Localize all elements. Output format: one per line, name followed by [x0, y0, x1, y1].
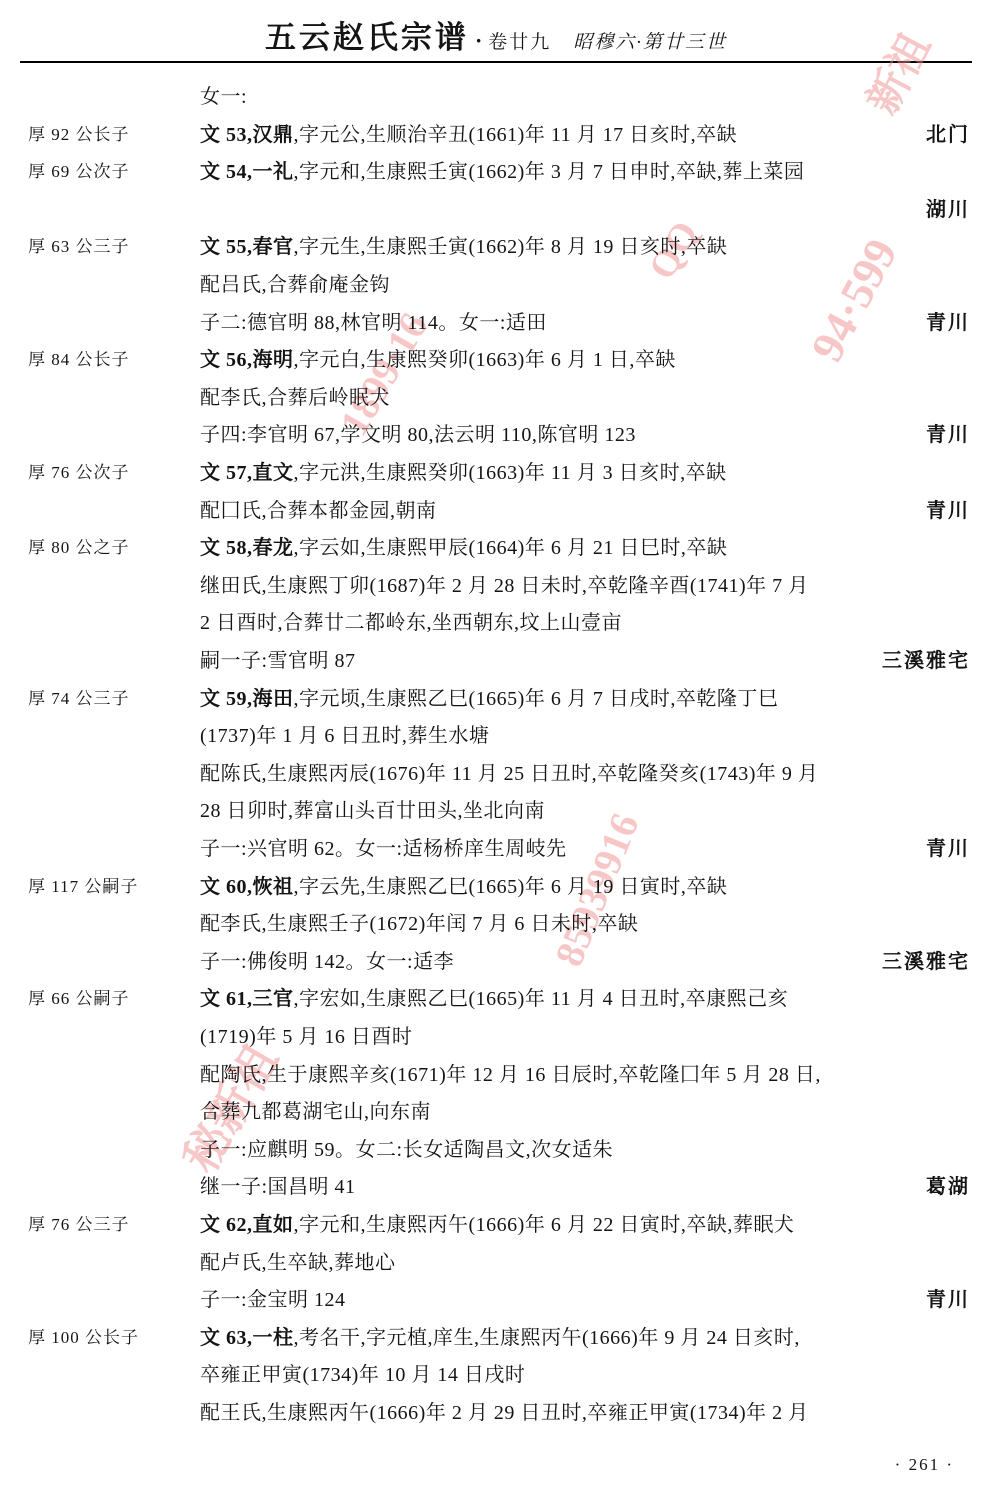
- entry-text: 文 58,春龙,字云如,生康熙甲辰(1664)年 6 月 21 日巳时,卒缺: [200, 529, 727, 567]
- entry-line: 配李氏,合葬后岭眠犬: [0, 379, 992, 417]
- generation-label: 厚 92 公长子: [28, 116, 130, 154]
- page-number: · 261 ·: [895, 1455, 954, 1475]
- entry-rest: 28 日卯时,葬富山头百廿田头,坐北向南: [200, 800, 545, 822]
- entry-line: 厚 69 公次子 文 54,一礼,字元和,生康熙壬寅(1662)年 3 月 7 …: [0, 153, 992, 191]
- entry-line: 厚 76 公次子 文 57,直文,字元洪,生康熙癸卯(1663)年 11 月 3…: [0, 454, 992, 492]
- genealogy-page: 五云赵氏宗谱·卷廿九昭穆六·第廿三世 新祖94·599QQ85939916秘新祖…: [0, 0, 992, 1512]
- entry-rest: (1719)年 5 月 16 日酉时: [200, 1026, 412, 1048]
- entry-line: (1737)年 1 月 6 日丑时,葬生水塘: [0, 717, 992, 755]
- generation-label: 厚 74 公三子: [28, 680, 130, 718]
- entry-line: 湖川: [0, 191, 992, 229]
- entry-rest: 配卢氏,生卒缺,葬地心: [200, 1252, 396, 1274]
- header-divider: [20, 61, 972, 63]
- entry-name-bold: 文 61,三官: [200, 988, 294, 1010]
- entry-rest: 子一:佛俊明 142。女一:适李: [200, 951, 454, 973]
- entry-name-bold: 文 56,海明: [200, 349, 294, 371]
- entry-text: 女一:: [200, 78, 247, 116]
- entry-text: 文 53,汉鼎,字元公,生顺治辛丑(1661)年 11 月 17 日亥时,卒缺: [200, 116, 737, 154]
- entry-line: 2 日酉时,合葬廿二都岭东,坐西朝东,坟上山壹亩: [0, 604, 992, 642]
- entry-rest: 配陶氏,生于康熙辛亥(1671)年 12 月 16 日辰时,卒乾隆囗年 5 月 …: [200, 1064, 821, 1086]
- entry-text: 子二:德官明 88,林官明 114。女一:适田: [200, 304, 547, 342]
- entry-line: 配吕氏,合葬俞庵金钩: [0, 266, 992, 304]
- entry-rest: 配李氏,生康熙壬子(1672)年闰 7 月 6 日未时,卒缺: [200, 913, 638, 935]
- entry-text: 配陶氏,生于康熙辛亥(1671)年 12 月 16 日辰时,卒乾隆囗年 5 月 …: [200, 1056, 821, 1094]
- entry-line: 合葬九都葛湖宅山,向东南: [0, 1093, 992, 1131]
- entry-text: 文 55,春官,字元生,生康熙壬寅(1662)年 8 月 19 日亥时,卒缺: [200, 228, 727, 266]
- entry-text: 配囗氏,合葬本都金园,朝南: [200, 492, 437, 530]
- generation-label: 厚 76 公次子: [28, 454, 130, 492]
- location-label: 青川: [926, 416, 970, 454]
- location-label: 三溪雅宅: [882, 642, 970, 680]
- generation-label: 厚 66 公嗣子: [28, 980, 130, 1018]
- entry-line: 厚 63 公三子 文 55,春官,字元生,生康熙壬寅(1662)年 8 月 19…: [0, 228, 992, 266]
- page-title: 五云赵氏宗谱: [265, 20, 469, 55]
- entry-text: (1737)年 1 月 6 日丑时,葬生水塘: [200, 717, 489, 755]
- entry-text: 嗣一子:雪官明 87: [200, 642, 356, 680]
- entry-rest: ,字元白,生康熙癸卯(1663)年 6 月 1 日,卒缺: [294, 349, 676, 371]
- entry-line: 厚 80 公之子 文 58,春龙,字云如,生康熙甲辰(1664)年 6 月 21…: [0, 529, 992, 567]
- entry-line: (1719)年 5 月 16 日酉时: [0, 1018, 992, 1056]
- entry-rest: ,字元公,生顺治辛丑(1661)年 11 月 17 日亥时,卒缺: [294, 124, 738, 146]
- entry-name-bold: 文 58,春龙: [200, 537, 294, 559]
- entry-text: 文 57,直文,字元洪,生康熙癸卯(1663)年 11 月 3 日亥时,卒缺: [200, 454, 727, 492]
- entry-text: 子一:兴官明 62。女一:适杨桥庠生周岐先: [200, 830, 567, 868]
- entry-line: 厚 117 公嗣子 文 60,恢祖,字云先,生康熙乙巳(1665)年 6 月 1…: [0, 868, 992, 906]
- entry-name-bold: 文 62,直如: [200, 1214, 294, 1236]
- entry-rest: 卒雍正甲寅(1734)年 10 月 14 日戌时: [200, 1364, 525, 1386]
- entry-line: 子一:金宝明 124 青川: [0, 1281, 992, 1319]
- entry-text: 文 61,三官,字宏如,生康熙乙巳(1665)年 11 月 4 日丑时,卒康熙己…: [200, 980, 788, 1018]
- entry-text: 文 56,海明,字元白,生康熙癸卯(1663)年 6 月 1 日,卒缺: [200, 341, 676, 379]
- location-label: 青川: [926, 492, 970, 530]
- entry-rest: ,字元和,生康熙壬寅(1662)年 3 月 7 日申时,卒缺,葬上菜园: [294, 161, 805, 183]
- entry-rest: 继田氏,生康熙丁卯(1687)年 2 月 28 日未时,卒乾隆辛酉(1741)年…: [200, 575, 809, 597]
- entry-text: 子一:佛俊明 142。女一:适李: [200, 943, 454, 981]
- entry-name-bold: 文 63,一柱: [200, 1327, 294, 1349]
- entry-line: 厚 100 公长子 文 63,一柱,考名干,字元植,庠生,生康熙丙午(1666)…: [0, 1319, 992, 1357]
- entry-text: 配陈氏,生康熙丙辰(1676)年 11 月 25 日丑时,卒乾隆癸亥(1743)…: [200, 755, 818, 793]
- entry-line: 配王氏,生康熙丙午(1666)年 2 月 29 日丑时,卒雍正甲寅(1734)年…: [0, 1394, 992, 1432]
- entry-text: 文 62,直如,字元和,生康熙丙午(1666)年 6 月 22 日寅时,卒缺,葬…: [200, 1206, 794, 1244]
- entry-line: 配卢氏,生卒缺,葬地心: [0, 1244, 992, 1282]
- entry-text: 文 54,一礼,字元和,生康熙壬寅(1662)年 3 月 7 日申时,卒缺,葬上…: [200, 153, 804, 191]
- entry-text: 2 日酉时,合葬廿二都岭东,坐西朝东,坟上山壹亩: [200, 604, 622, 642]
- generation-label: 厚 63 公三子: [28, 228, 130, 266]
- location-label: 三溪雅宅: [882, 943, 970, 981]
- location-label: 青川: [926, 830, 970, 868]
- entry-text: 配李氏,合葬后岭眠犬: [200, 379, 390, 417]
- entry-line: 子一:兴官明 62。女一:适杨桥庠生周岐先 青川: [0, 830, 992, 868]
- generation-label: 厚 100 公长子: [28, 1319, 139, 1357]
- page-header: 五云赵氏宗谱·卷廿九昭穆六·第廿三世: [0, 12, 992, 57]
- entry-rest: 2 日酉时,合葬廿二都岭东,坐西朝东,坟上山壹亩: [200, 612, 622, 634]
- location-label: 青川: [926, 1281, 970, 1319]
- entry-text: 配吕氏,合葬俞庵金钩: [200, 266, 390, 304]
- entry-rest: (1737)年 1 月 6 日丑时,葬生水塘: [200, 725, 489, 747]
- entry-line: 配囗氏,合葬本都金园,朝南 青川: [0, 492, 992, 530]
- entry-rest: 女一:: [200, 86, 247, 108]
- entry-rest: 子一:应麒明 59。女二:长女适陶昌文,次女适朱: [200, 1139, 613, 1161]
- entry-text: 继田氏,生康熙丁卯(1687)年 2 月 28 日未时,卒乾隆辛酉(1741)年…: [200, 567, 809, 605]
- entry-name-bold: 文 57,直文: [200, 462, 294, 484]
- entry-rest: 子一:金宝明 124: [200, 1289, 346, 1311]
- entry-line: 女一:: [0, 78, 992, 116]
- entry-text: 子四:李官明 67,学文明 80,法云明 110,陈官明 123: [200, 416, 636, 454]
- entry-line: 28 日卯时,葬富山头百廿田头,坐北向南: [0, 792, 992, 830]
- entry-rest: ,考名干,字元植,庠生,生康熙丙午(1666)年 9 月 24 日亥时,: [294, 1327, 800, 1349]
- entry-rest: 合葬九都葛湖宅山,向东南: [200, 1101, 431, 1123]
- entry-rest: 配陈氏,生康熙丙辰(1676)年 11 月 25 日丑时,卒乾隆癸亥(1743)…: [200, 763, 818, 785]
- entry-rest: 配囗氏,合葬本都金园,朝南: [200, 500, 437, 522]
- entry-rest: 子二:德官明 88,林官明 114。女一:适田: [200, 312, 547, 334]
- generation-label: 厚 117 公嗣子: [28, 868, 138, 906]
- entry-line: 厚 84 公长子 文 56,海明,字元白,生康熙癸卯(1663)年 6 月 1 …: [0, 341, 992, 379]
- entry-rest: ,字云如,生康熙甲辰(1664)年 6 月 21 日巳时,卒缺: [294, 537, 728, 559]
- section-label: 昭穆六·第廿三世: [573, 32, 727, 53]
- entry-rest: ,字元顷,生康熙乙巳(1665)年 6 月 7 日戌时,卒乾隆丁巳: [294, 688, 779, 710]
- entry-text: (1719)年 5 月 16 日酉时: [200, 1018, 412, 1056]
- entry-rest: 配李氏,合葬后岭眠犬: [200, 387, 390, 409]
- entry-text: 继一子:国昌明 41: [200, 1168, 356, 1206]
- entry-text: 合葬九都葛湖宅山,向东南: [200, 1093, 431, 1131]
- location-label: 青川: [926, 304, 970, 342]
- volume-label: 卷廿九: [488, 32, 551, 53]
- location-label: 湖川: [926, 191, 970, 229]
- entry-rest: ,字元生,生康熙壬寅(1662)年 8 月 19 日亥时,卒缺: [294, 236, 728, 258]
- title-separator-dot: ·: [475, 28, 482, 53]
- entry-line: 配李氏,生康熙壬子(1672)年闰 7 月 6 日未时,卒缺: [0, 905, 992, 943]
- entry-line: 子一:应麒明 59。女二:长女适陶昌文,次女适朱: [0, 1131, 992, 1169]
- entry-line: 继田氏,生康熙丁卯(1687)年 2 月 28 日未时,卒乾隆辛酉(1741)年…: [0, 567, 992, 605]
- entry-text: 配李氏,生康熙壬子(1672)年闰 7 月 6 日未时,卒缺: [200, 905, 638, 943]
- entry-text: 配王氏,生康熙丙午(1666)年 2 月 29 日丑时,卒雍正甲寅(1734)年…: [200, 1394, 809, 1432]
- entry-rest: ,字宏如,生康熙乙巳(1665)年 11 月 4 日丑时,卒康熙己亥: [294, 988, 789, 1010]
- entry-rest: ,字云先,生康熙乙巳(1665)年 6 月 19 日寅时,卒缺: [294, 876, 728, 898]
- location-label: 葛湖: [926, 1168, 970, 1206]
- entry-line: 厚 66 公嗣子 文 61,三官,字宏如,生康熙乙巳(1665)年 11 月 4…: [0, 980, 992, 1018]
- entry-line: 配陶氏,生于康熙辛亥(1671)年 12 月 16 日辰时,卒乾隆囗年 5 月 …: [0, 1056, 992, 1094]
- entry-text: 文 63,一柱,考名干,字元植,庠生,生康熙丙午(1666)年 9 月 24 日…: [200, 1319, 800, 1357]
- entry-line: 厚 92 公长子 文 53,汉鼎,字元公,生顺治辛丑(1661)年 11 月 1…: [0, 116, 992, 154]
- entry-rest: 继一子:国昌明 41: [200, 1176, 356, 1198]
- entry-name-bold: 文 55,春官: [200, 236, 294, 258]
- generation-label: 厚 80 公之子: [28, 529, 130, 567]
- entry-rest: 配王氏,生康熙丙午(1666)年 2 月 29 日丑时,卒雍正甲寅(1734)年…: [200, 1402, 809, 1424]
- entry-text: 配卢氏,生卒缺,葬地心: [200, 1244, 396, 1282]
- entry-text: 文 60,恢祖,字云先,生康熙乙巳(1665)年 6 月 19 日寅时,卒缺: [200, 868, 727, 906]
- entry-rest: 子一:兴官明 62。女一:适杨桥庠生周岐先: [200, 838, 567, 860]
- entry-line: 子一:佛俊明 142。女一:适李 三溪雅宅: [0, 943, 992, 981]
- entry-rest: 子四:李官明 67,学文明 80,法云明 110,陈官明 123: [200, 424, 636, 446]
- generation-label: 厚 69 公次子: [28, 153, 130, 191]
- entry-line: 子二:德官明 88,林官明 114。女一:适田 青川: [0, 304, 992, 342]
- entry-line: 配陈氏,生康熙丙辰(1676)年 11 月 25 日丑时,卒乾隆癸亥(1743)…: [0, 755, 992, 793]
- location-label: 北门: [926, 116, 970, 154]
- entry-rest: ,字元洪,生康熙癸卯(1663)年 11 月 3 日亥时,卒缺: [294, 462, 727, 484]
- entry-name-bold: 文 54,一礼: [200, 161, 294, 183]
- entry-line: 继一子:国昌明 41 葛湖: [0, 1168, 992, 1206]
- entry-name-bold: 文 53,汉鼎: [200, 124, 294, 146]
- entry-line: 厚 76 公三子 文 62,直如,字元和,生康熙丙午(1666)年 6 月 22…: [0, 1206, 992, 1244]
- entry-line: 卒雍正甲寅(1734)年 10 月 14 日戌时: [0, 1356, 992, 1394]
- entry-name-bold: 文 60,恢祖: [200, 876, 294, 898]
- entry-rest: 配吕氏,合葬俞庵金钩: [200, 274, 390, 296]
- entry-name-bold: 文 59,海田: [200, 688, 294, 710]
- entry-text: 子一:金宝明 124: [200, 1281, 346, 1319]
- entry-rest: ,字元和,生康熙丙午(1666)年 6 月 22 日寅时,卒缺,葬眠犬: [294, 1214, 795, 1236]
- entry-line: 子四:李官明 67,学文明 80,法云明 110,陈官明 123 青川: [0, 416, 992, 454]
- entry-text: 卒雍正甲寅(1734)年 10 月 14 日戌时: [200, 1356, 525, 1394]
- entry-line: 嗣一子:雪官明 87 三溪雅宅: [0, 642, 992, 680]
- entry-text: 子一:应麒明 59。女二:长女适陶昌文,次女适朱: [200, 1131, 613, 1169]
- entry-rest: 嗣一子:雪官明 87: [200, 650, 356, 672]
- generation-label: 厚 76 公三子: [28, 1206, 130, 1244]
- entry-text: 文 59,海田,字元顷,生康熙乙巳(1665)年 6 月 7 日戌时,卒乾隆丁巳: [200, 680, 778, 718]
- entry-line: 厚 74 公三子 文 59,海田,字元顷,生康熙乙巳(1665)年 6 月 7 …: [0, 680, 992, 718]
- generation-label: 厚 84 公长子: [28, 341, 130, 379]
- entry-text: 28 日卯时,葬富山头百廿田头,坐北向南: [200, 792, 545, 830]
